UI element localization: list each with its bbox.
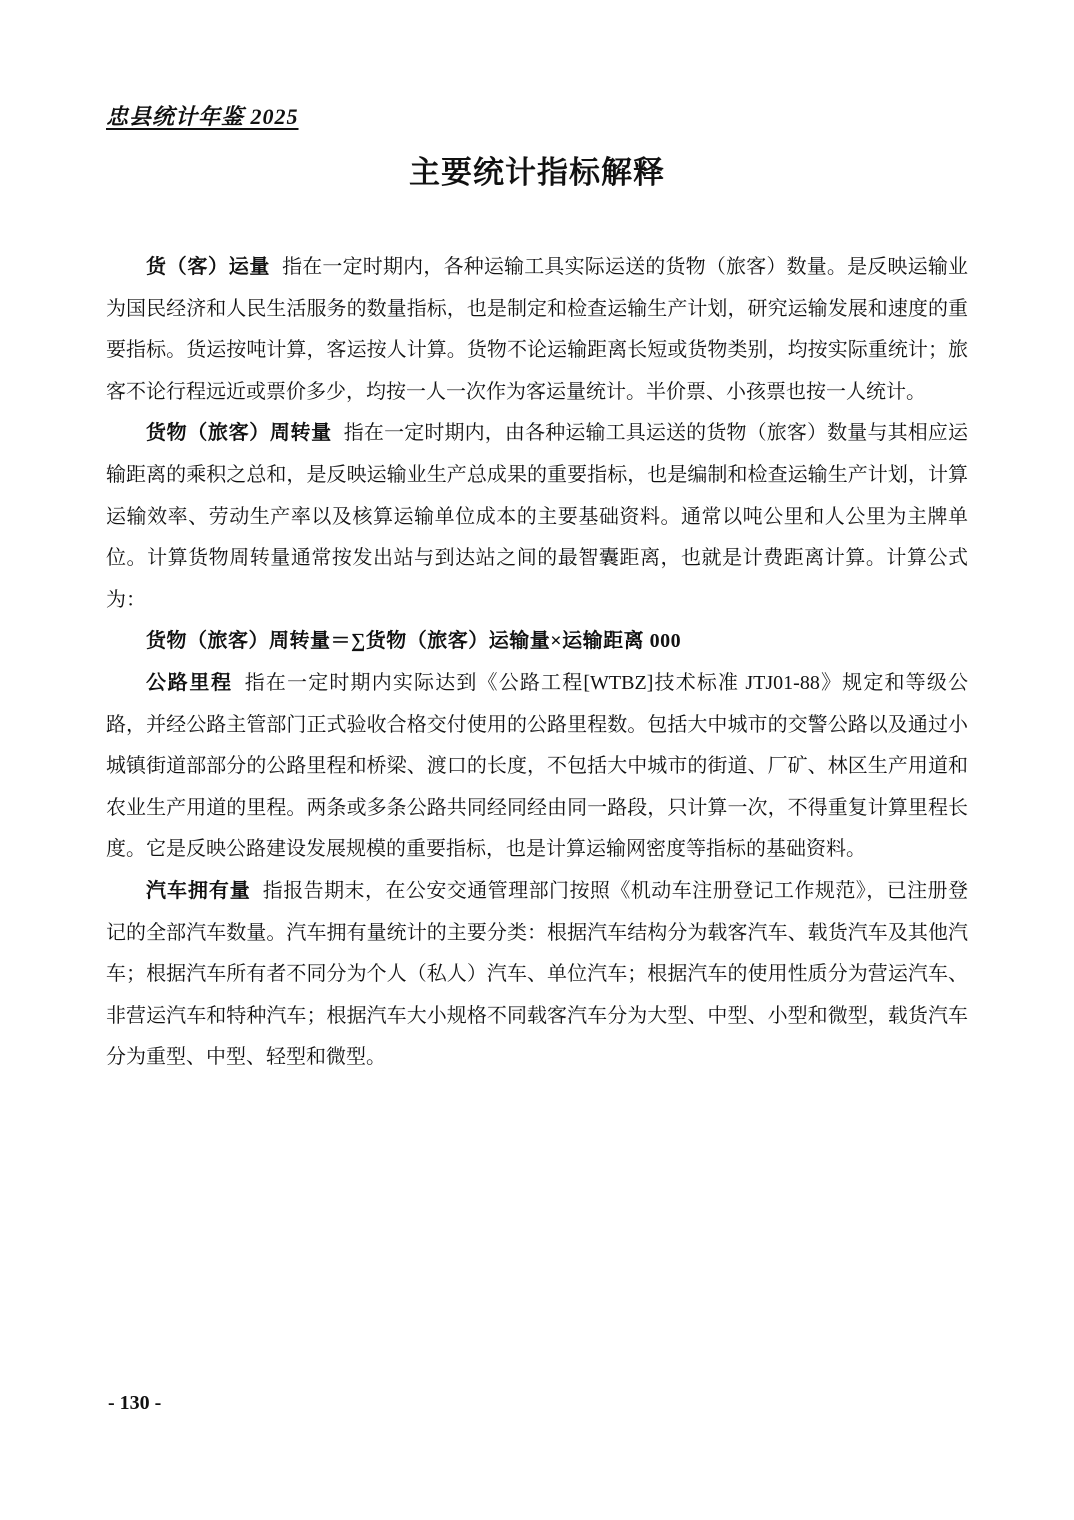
page-title: 主要统计指标解释 <box>106 155 968 191</box>
indicator-term: 公路里程 <box>146 672 233 694</box>
indicator-definition: 指报告期末，在公安交通管理部门按照《机动车注册登记工作规范》，已注册登记的全部汽… <box>106 880 968 1068</box>
yearbook-header: 忠县统计年鉴 2025 <box>106 103 299 131</box>
definition-paragraph: 货（客）运量指在一定时期内，各种运输工具实际运送的货物（旅客）数量。是反映运输业… <box>106 247 968 413</box>
yearbook-page: 忠县统计年鉴 2025 主要统计指标解释 货（客）运量指在一定时期内，各种运输工… <box>0 0 1074 1520</box>
indicator-term: 货物（旅客）周转量 <box>146 422 332 444</box>
indicator-term: 货（客）运量 <box>146 256 270 278</box>
definition-paragraph: 汽车拥有量指报告期末，在公安交通管理部门按照《机动车注册登记工作规范》，已注册登… <box>106 871 968 1079</box>
indicator-definition: 指在一定时期内，由各种运输工具运送的货物（旅客）数量与其相应运输距离的乘积之总和… <box>106 422 968 610</box>
definition-paragraph: 货物（旅客）周转量指在一定时期内，由各种运输工具运送的货物（旅客）数量与其相应运… <box>106 413 968 621</box>
indicator-definition: 指在一定时期内，各种运输工具实际运送的货物（旅客）数量。是反映运输业为国民经济和… <box>106 256 968 403</box>
definition-paragraph: 公路里程指在一定时期内实际达到《公路工程[WTBZ]技术标准 JTJ01-88》… <box>106 663 968 871</box>
indicator-term: 汽车拥有量 <box>146 880 251 902</box>
formula-line: 货物（旅客）周转量＝∑货物（旅客）运输量×运输距离 000 <box>106 621 968 663</box>
definitions-body: 货（客）运量指在一定时期内，各种运输工具实际运送的货物（旅客）数量。是反映运输业… <box>106 247 968 1079</box>
page-content: 忠县统计年鉴 2025 主要统计指标解释 货（客）运量指在一定时期内，各种运输工… <box>0 0 1074 1079</box>
page-number: - 130 - <box>108 1392 161 1415</box>
indicator-definition: 指在一定时期内实际达到《公路工程[WTBZ]技术标准 JTJ01-88》规定和等… <box>106 672 968 860</box>
